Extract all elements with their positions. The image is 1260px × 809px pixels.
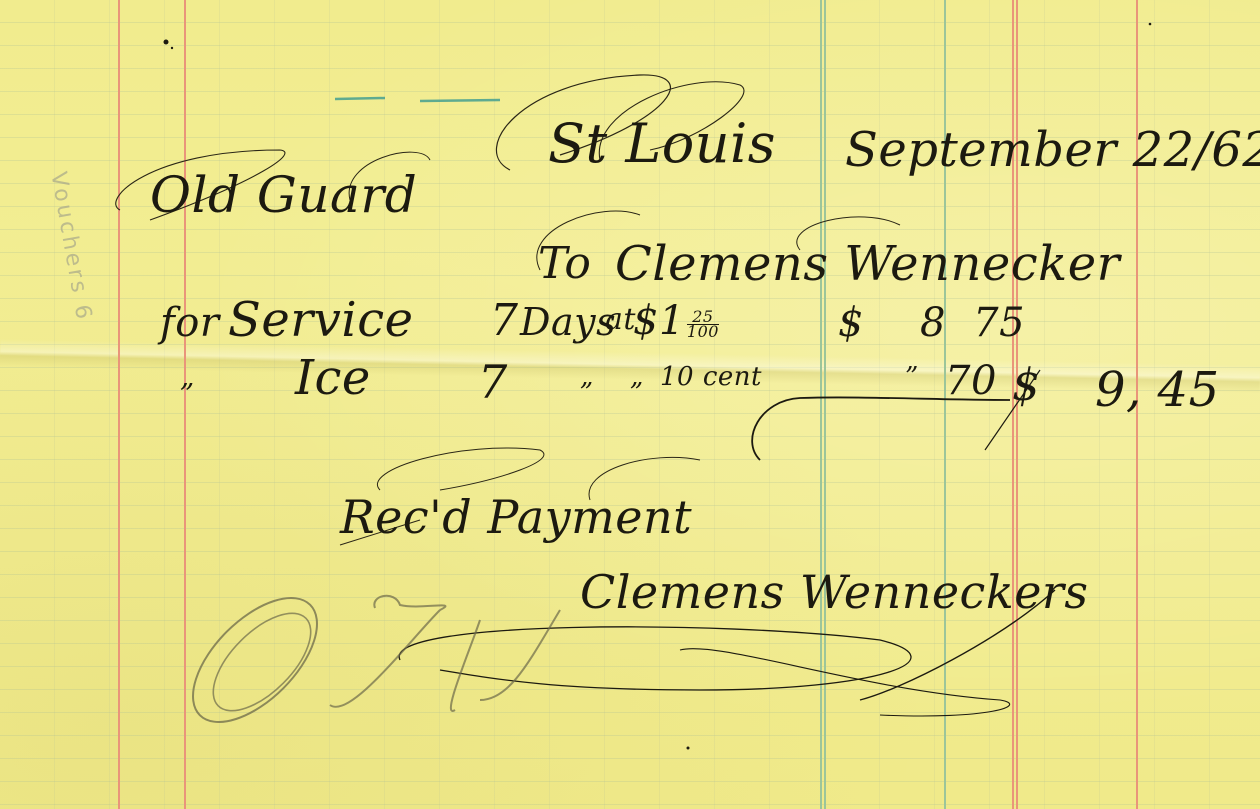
rate-denominator: 100 xyxy=(687,325,719,339)
line-prefix: for xyxy=(160,300,220,346)
receipt-document: Vouchers 6 St Louis September 22/62 Old … xyxy=(0,0,1260,809)
line-unit: Days xyxy=(520,300,616,344)
receipt-note: Rec'd Payment xyxy=(340,490,692,544)
line-rate-label: at xyxy=(605,302,636,337)
line-description: Service xyxy=(228,292,414,348)
line-unit: „ xyxy=(580,362,594,392)
line-rate: 10 cent xyxy=(660,362,762,392)
total-currency: $ xyxy=(1012,360,1041,411)
line-rate-label: „ xyxy=(630,362,644,392)
date-text: September 22/62 xyxy=(845,122,1260,178)
line-prefix: „ xyxy=(180,360,195,393)
payee-name: Clemens Wennecker xyxy=(615,236,1120,292)
signature: Clemens Wenneckers xyxy=(580,565,1089,619)
rate-whole: $1 xyxy=(633,298,685,344)
place-text: St Louis xyxy=(548,112,776,175)
line-description: Ice xyxy=(295,350,371,406)
payer-name: Old Guard xyxy=(150,166,417,224)
rate-fraction: 25100 xyxy=(687,310,719,339)
total-amount: 9, 45 xyxy=(1095,362,1220,418)
line-amount: 8 75 xyxy=(920,300,1025,346)
line-currency: $ xyxy=(838,300,864,346)
line-amount-ditto: ” xyxy=(905,362,919,392)
line-amount: 70 xyxy=(945,358,997,404)
line-rate-whole: $125100 xyxy=(633,298,719,344)
line-quantity: 7 xyxy=(478,355,508,409)
line-quantity: 7 xyxy=(490,295,519,346)
payee-prefix: To xyxy=(538,238,591,289)
